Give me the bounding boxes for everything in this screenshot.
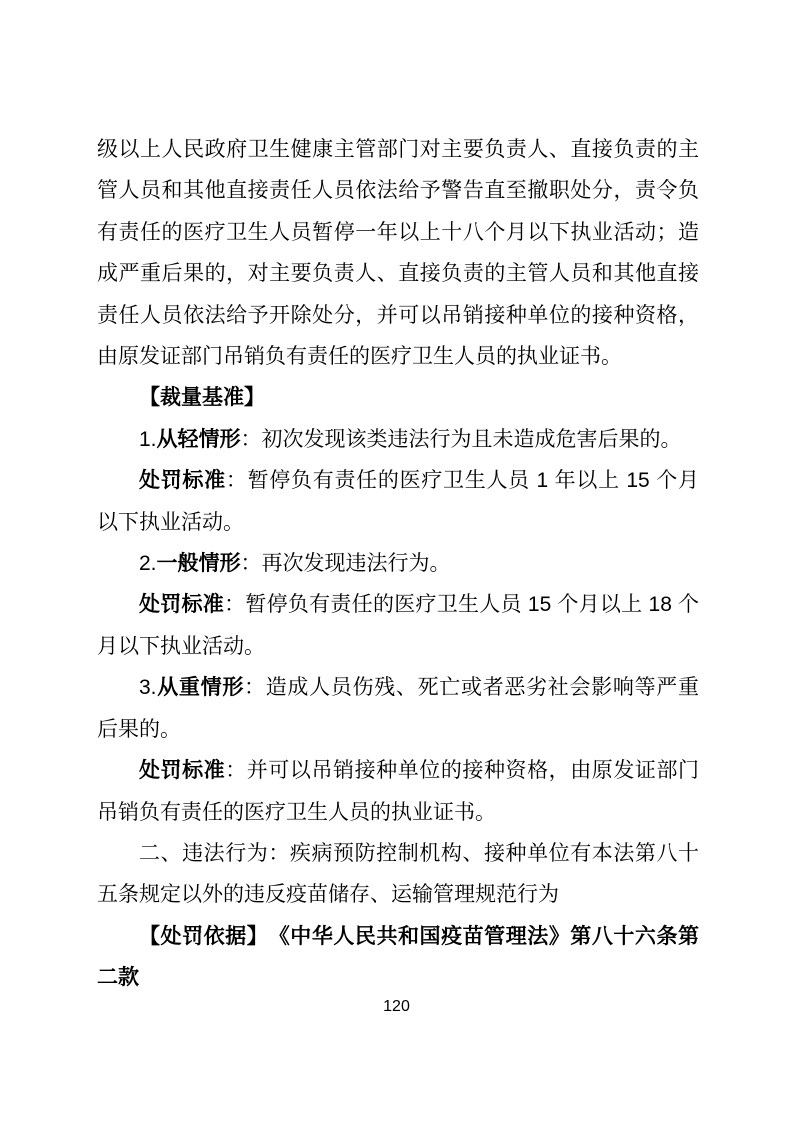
paragraph: 处罚标准：并可以吊销接种单位的接种资格，由原发证部门吊销负有责任的医疗卫生人员的… <box>97 750 699 833</box>
bold-text-run: 【裁量基准】 <box>139 386 265 409</box>
paragraph: 二、违法行为：疾病预防控制机构、接种单位有本法第八十五条规定以外的违反疫苗储存、… <box>97 833 699 916</box>
paragraph: 处罚标准：暂停负有责任的医疗卫生人员 1 年以上 15 个月以下执业活动。 <box>97 460 699 543</box>
text-run: ：再次发现违法行为。 <box>241 552 451 575</box>
bold-text-run: 处罚标准 <box>139 759 225 782</box>
document-page: 级以上人民政府卫生健康主管部门对主要负责人、直接负责的主管人员和其他直接责任人员… <box>0 0 793 1122</box>
text-run: 级以上人民政府卫生健康主管部门对主要负责人、直接负责的主管人员和其他直接责任人员… <box>97 138 699 368</box>
paragraph: 2.一般情形：再次发现违法行为。 <box>97 543 699 584</box>
paragraph: 处罚标准：暂停负有责任的医疗卫生人员 15 个月以上 18 个月以下执业活动。 <box>97 584 699 667</box>
paragraph: 级以上人民政府卫生健康主管部门对主要负责人、直接负责的主管人员和其他直接责任人员… <box>97 129 699 377</box>
bold-text-run: 处罚标准 <box>139 593 224 616</box>
paragraph: 【处罚依据】 《中华人民共和国疫苗管理法》第八十六条第二款 <box>97 916 699 999</box>
bold-text-run: 从轻情形 <box>157 428 241 451</box>
text-run: 二、违法行为：疾病预防控制机构、接种单位有本法第八十五条规定以外的违反疫苗储存、… <box>97 842 699 906</box>
bold-text-run: 一般情形 <box>157 552 241 575</box>
bold-text-run: 处罚标准 <box>139 469 226 492</box>
text-run: 1. <box>139 428 157 451</box>
paragraph: 1.从轻情形：初次发现该类违法行为且未造成危害后果的。 <box>97 419 699 460</box>
page-number: 120 <box>0 997 793 1017</box>
paragraph: 【裁量基准】 <box>97 377 699 418</box>
document-body: 级以上人民政府卫生健康主管部门对主要负责人、直接负责的主管人员和其他直接责任人员… <box>97 129 699 999</box>
bold-text-run: 从重情形 <box>157 676 245 699</box>
bold-text-run: 【处罚依据】 《中华人民共和国疫苗管理法》第八十六条第二款 <box>97 925 699 989</box>
paragraph: 3.从重情形：造成人员伤残、死亡或者恶劣社会影响等严重后果的。 <box>97 667 699 750</box>
text-run: 2. <box>139 552 157 575</box>
text-run: 3. <box>139 676 157 699</box>
text-run: ：初次发现该类违法行为且未造成危害后果的。 <box>241 428 682 451</box>
